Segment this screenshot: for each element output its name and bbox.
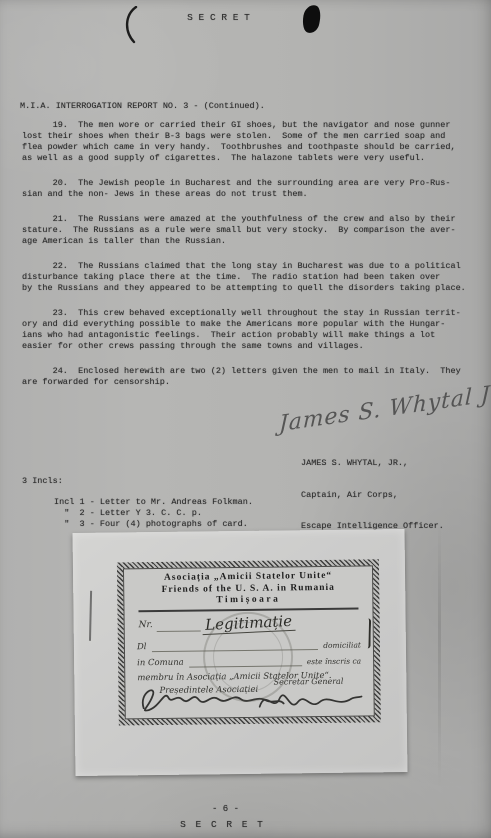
card-registered-label: este înscris ca — [307, 657, 361, 667]
paper-crease — [438, 520, 441, 790]
paragraph-19: 19. The men wore or carried their GI sho… — [22, 120, 480, 164]
paragraph-24: 24. Enclosed herewith are two (2) letter… — [22, 366, 480, 388]
page-number: - 6 - — [0, 804, 491, 814]
paragraph-22: 22. The Russians claimed that the long s… — [22, 261, 480, 294]
report-body: 19. The men wore or carried their GI sho… — [22, 120, 480, 402]
ink-blot — [301, 4, 323, 35]
membership-card-face: Asociația „Amicii Statelor Unite“ Friend… — [123, 565, 375, 719]
paragraph-20: 20. The Jewish people in Bucharest and t… — [22, 178, 480, 200]
card-nr-blank — [157, 630, 201, 632]
paragraph-23: 23. This crew behaved exceptionally well… — [22, 308, 480, 352]
pen-mark-icon — [121, 6, 139, 44]
signatory-name: JAMES S. WHYTAL, JR., — [301, 458, 444, 469]
report-heading: M.I.A. INTERROGATION REPORT NO. 3 - (Con… — [20, 101, 265, 111]
card-nr-label: Nr. — [139, 620, 153, 630]
photo-edge-mark — [89, 591, 92, 641]
signatory-rank: Captain, Air Corps, — [301, 490, 444, 501]
margin-bracket-mark — [365, 618, 371, 648]
card-domicile-label: domiciliat — [323, 641, 361, 650]
card-photograph: Asociația „Amicii Statelor Unite“ Friend… — [73, 529, 408, 776]
card-commune-label: in Comuna — [137, 658, 184, 669]
card-holder-label: Dl — [137, 642, 147, 652]
membership-card: Asociația „Amicii Statelor Unite“ Friend… — [117, 559, 381, 725]
classification-footer: S E C R E T — [0, 819, 491, 830]
classification-header: S E C R E T — [0, 12, 491, 23]
enclosures-heading: 3 Incls: — [22, 476, 63, 486]
scanned-document-page: S E C R E T M.I.A. INTERROGATION REPORT … — [0, 0, 491, 838]
paragraph-21: 21. The Russians were amazed at the yout… — [22, 214, 480, 247]
enclosures-list: Incl 1 - Letter to Mr. Andreas Folkman. … — [54, 497, 253, 530]
